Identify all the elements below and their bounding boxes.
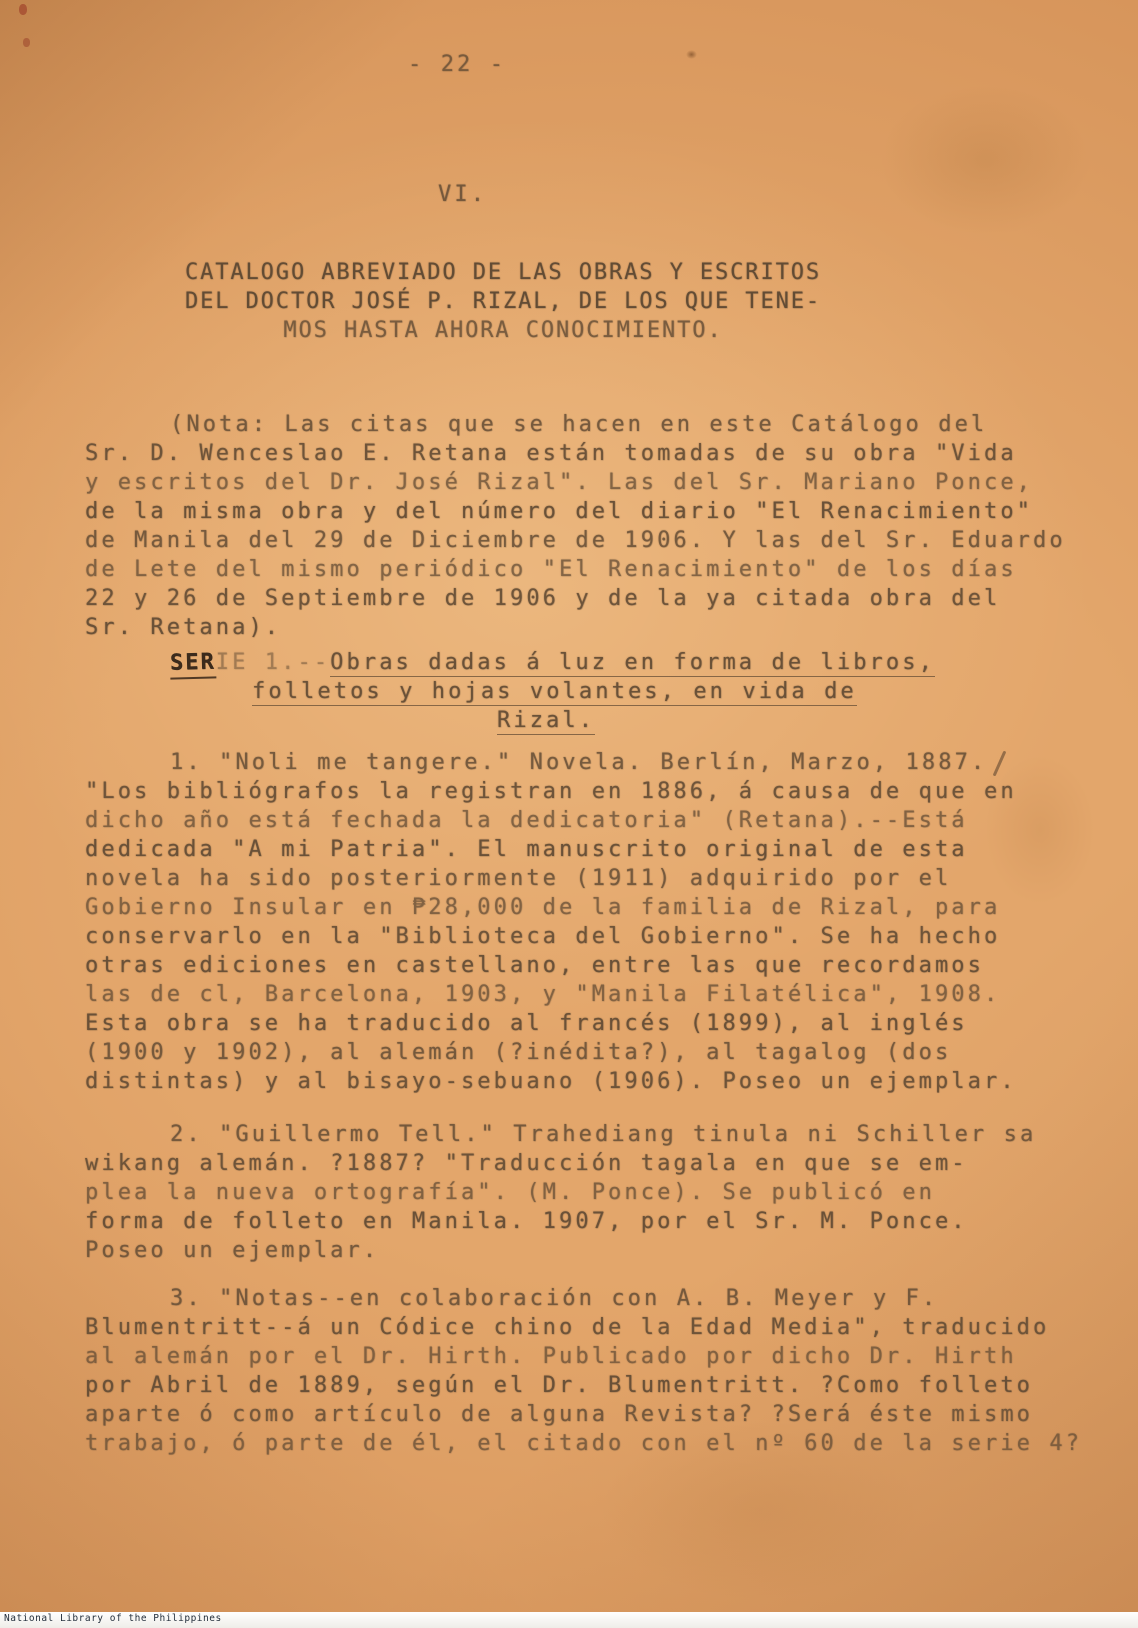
serie-label-handwritten: SER — [170, 647, 217, 679]
entry-line: Poseo un ejemplar. — [85, 1236, 1095, 1265]
serie-underlined-text: Obras dadas á luz en forma de libros, — [330, 650, 935, 677]
catalog-title-line-1: CATALOGO ABREVIADO DE LAS OBRAS Y ESCRIT… — [85, 258, 921, 287]
entry-2-paragraph: 2. "Guillermo Tell." Trahediang tinula n… — [85, 1120, 1095, 1265]
footer-strip: National Library of the Philippines — [0, 1612, 1138, 1628]
entry-line: conservarlo en la "Biblioteca del Gobier… — [85, 922, 1095, 951]
note-line: Sr. D. Wenceslao E. Retana están tomadas… — [85, 439, 1095, 468]
serie-underlined-text: folletos y hojas volantes, en vida de — [252, 679, 857, 706]
entry-line: Gobierno Insular en ₱28,000 de la famili… — [85, 893, 1095, 922]
scanned-page: - 22 - VI. CATALOGO ABREVIADO DE LAS OBR… — [0, 0, 1138, 1628]
entry-3-paragraph: 3. "Notas--en colaboración con A. B. Mey… — [85, 1284, 1095, 1458]
note-line: de Manila del 29 de Diciembre de 1906. Y… — [85, 526, 1095, 555]
entry-line: Blumentritt--á un Códice chino de la Eda… — [85, 1313, 1095, 1342]
note-line: 22 y 26 de Septiembre de 1906 y de la ya… — [85, 584, 1095, 613]
catalog-title-line-3: MOS HASTA AHORA CONOCIMIENTO. — [85, 316, 921, 345]
entry-line: forma de folleto en Manila. 1907, por el… — [85, 1207, 1095, 1236]
entry-line: aparte ó como artículo de alguna Revista… — [85, 1400, 1095, 1429]
entry-line: dedicada "A mi Patria". El manuscrito or… — [85, 835, 1095, 864]
entry-line: 1. "Noli me tangere." Novela. Berlín, Ma… — [85, 748, 1095, 777]
serie-underlined-text: Rizal. — [497, 708, 595, 735]
entry-line: 3. "Notas--en colaboración con A. B. Mey… — [85, 1284, 1095, 1313]
entry-line: al alemán por el Dr. Hirth. Publicado po… — [85, 1342, 1095, 1371]
section-number: VI. — [438, 180, 487, 209]
page-number: - 22 - — [408, 50, 506, 79]
entry-line: plea la nueva ortografía". (M. Ponce). S… — [85, 1178, 1095, 1207]
library-watermark: National Library of the Philippines — [4, 1613, 222, 1624]
serie-heading-line-1: SERIE 1.--Obras dadas á luz en forma de … — [170, 648, 935, 679]
entry-line: Esta obra se ha traducido al francés (18… — [85, 1009, 1095, 1038]
serie-label-typed: IE 1.-- — [216, 650, 330, 675]
note-line: (Nota: Las citas que se hacen en este Ca… — [85, 410, 1095, 439]
entry-line: (1900 y 1902), al alemán (?inédita?), al… — [85, 1038, 1095, 1067]
note-line: de la misma obra y del número del diario… — [85, 497, 1095, 526]
entry-line: trabajo, ó parte de él, el citado con el… — [85, 1429, 1095, 1458]
entry-line: dicho año está fechada la dedicatoria" (… — [85, 806, 1095, 835]
entry-line: las de cl, Barcelona, 1903, y "Manila Fi… — [85, 980, 1095, 1009]
entry-line: por Abril de 1889, según el Dr. Blumentr… — [85, 1371, 1095, 1400]
entry-line: novela ha sido posteriormente (1911) adq… — [85, 864, 1095, 893]
note-line: Sr. Retana). — [85, 613, 1095, 642]
entry-line: wikang alemán. ?1887? "Traducción tagala… — [85, 1149, 1095, 1178]
entry-1-paragraph: 1. "Noli me tangere." Novela. Berlín, Ma… — [85, 748, 1095, 1096]
catalog-title-line-2: DEL DOCTOR JOSÉ P. RIZAL, DE LOS QUE TEN… — [85, 287, 921, 316]
note-line: de Lete del mismo periódico "El Renacimi… — [85, 555, 1095, 584]
serie-heading-line-3: Rizal. — [497, 706, 595, 735]
note-paragraph: (Nota: Las citas que se hacen en este Ca… — [85, 410, 1095, 642]
entry-line: 2. "Guillermo Tell." Trahediang tinula n… — [85, 1120, 1095, 1149]
note-line: y escritos del Dr. José Rizal". Las del … — [85, 468, 1095, 497]
entry-line: distintas) y al bisayo-sebuano (1906). P… — [85, 1067, 1095, 1096]
serie-heading-line-2: folletos y hojas volantes, en vida de — [252, 677, 857, 706]
entry-line: "Los bibliógrafos la registran en 1886, … — [85, 777, 1095, 806]
entry-line: otras ediciones en castellano, entre las… — [85, 951, 1095, 980]
